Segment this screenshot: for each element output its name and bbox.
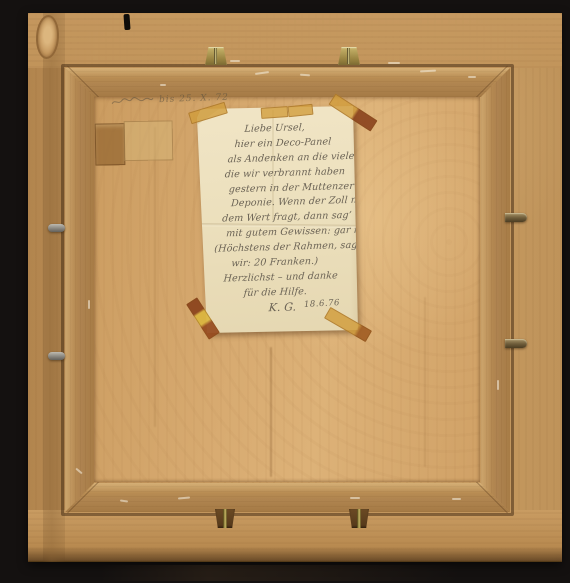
outer-frame-top-rail	[28, 13, 562, 68]
scuff-mark	[468, 76, 476, 78]
outer-frame-bottom-rail	[28, 510, 562, 562]
illegible-scribble	[110, 94, 154, 108]
old-tape-dark-segment	[95, 123, 126, 166]
scuff-mark	[350, 497, 360, 499]
brass-screw-top-left	[205, 47, 227, 65]
scuff-mark	[88, 300, 90, 309]
wood-grain-line	[270, 347, 272, 477]
table-reflection	[100, 565, 460, 581]
brass-screw-bottom-right	[349, 509, 369, 528]
scuff-mark	[230, 60, 240, 62]
metal-pin-left-upper	[48, 224, 65, 232]
hanging-pin	[123, 14, 130, 30]
handwritten-note: Liebe Ursel, hier ein Deco-Panel als And…	[186, 100, 364, 340]
old-tape-label	[95, 120, 174, 165]
note-paper-sheet: Liebe Ursel, hier ein Deco-Panel als And…	[186, 100, 364, 340]
old-tape-clear-segment	[124, 120, 174, 161]
note-text-block: Liebe Ursel, hier ein Deco-Panel als And…	[188, 120, 363, 319]
metal-pin-left-lower	[48, 352, 65, 360]
wood-grain-line	[424, 297, 426, 467]
stretcher-bar-left	[65, 68, 94, 512]
metal-pin-right-lower	[505, 339, 527, 348]
note-date: 18.6.76	[304, 298, 340, 310]
scuff-mark	[160, 84, 166, 86]
stretcher-bar-bottom	[65, 483, 510, 512]
photo-frame-back: bis 25. X. 72 Liebe Ursel, hier ein Deco…	[0, 0, 570, 583]
metal-pin-right-upper	[505, 213, 527, 222]
scuff-mark	[388, 62, 400, 64]
scuff-mark	[497, 380, 499, 390]
stretcher-bar-right	[481, 68, 510, 512]
brass-screw-bottom-left	[215, 509, 235, 528]
wood-grain-line	[154, 127, 156, 427]
scuff-mark	[452, 498, 461, 500]
brass-screw-top-right	[338, 47, 360, 65]
tape-top-center-1	[261, 106, 289, 119]
